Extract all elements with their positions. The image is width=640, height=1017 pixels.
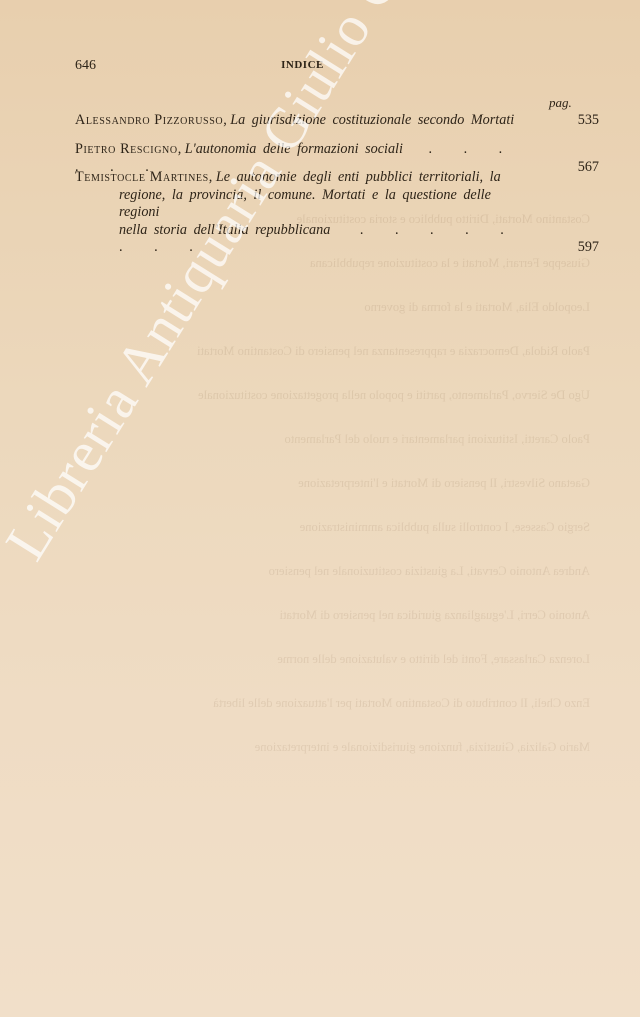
toc-entry: Temistocle Martines, Le autonomie degli …: [75, 169, 599, 257]
entry-title-continued: regione, la provincia, il comune. Mortat…: [75, 187, 537, 222]
running-header: 646 INDICE: [75, 58, 580, 78]
entry-author: Pietro Rescigno: [75, 141, 178, 157]
entry-title: Le autonomie degli enti pubblici territo…: [216, 169, 501, 185]
entry-page: 535: [578, 112, 599, 130]
running-title: INDICE: [75, 59, 580, 71]
toc-entry: Alessandro Pizzorusso, La giurisdizione …: [75, 112, 599, 130]
book-page: Costantino Mortati, Diritto pubblico e s…: [0, 0, 640, 1017]
entry-page: 597: [578, 239, 599, 257]
entry-title-continued: nella storia dell'Italia repubblicana: [119, 222, 330, 238]
entry-author: Alessandro Pizzorusso: [75, 112, 223, 128]
entry-title: L'autonomia delle formazioni sociali: [185, 141, 403, 157]
watermark: Libreria Antiquaria Giulio Cesare di Dan…: [0, 0, 640, 571]
entry-title: La giurisdizione costituzionale secondo …: [230, 112, 514, 128]
show-through-text: Costantino Mortati, Diritto pubblico e s…: [70, 210, 590, 782]
page-column-label: pag.: [549, 95, 572, 111]
entry-author: Temistocle Martines: [75, 169, 209, 185]
